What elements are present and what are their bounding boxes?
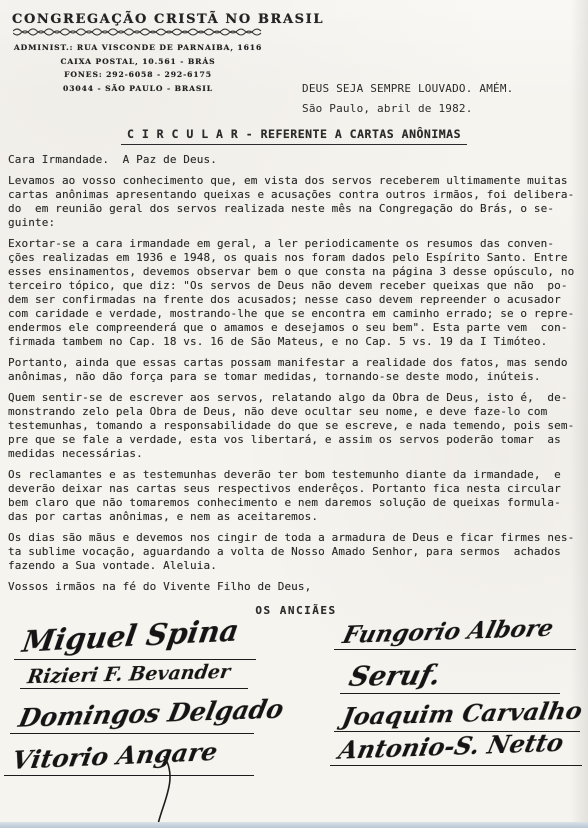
letterhead-city: 03044 - SÃO PAULO - BRASIL (12, 82, 264, 96)
paragraph: Portanto, ainda que essas cartas possam … (8, 356, 584, 384)
signature: Miguel Spina (14, 616, 256, 660)
letterhead-phones: FONES: 292-6058 - 292-6175 (12, 68, 264, 82)
rope-ornament-icon (13, 28, 263, 37)
circular-title-text: C I R C U L A R - REFERENTE A CARTAS ANÔ… (121, 127, 467, 145)
paragraph: Quem sentir-se de escrever aos servos, r… (8, 391, 584, 461)
closing-line: Vossos irmãos na fé do Vivente Filho de … (8, 580, 584, 594)
date-line: São Paulo, abril de 1982. (302, 102, 473, 115)
circular-title: C I R C U L A R - REFERENTE A CARTAS ANÔ… (0, 123, 588, 145)
paragraph: Exortar-se a cara irmandade em geral, a … (8, 237, 584, 349)
paragraph: Os reclamantes e as testemunhas deverão … (8, 468, 584, 524)
paragraph: Os dias são mãus e devemos nos cingir de… (8, 531, 584, 573)
signature: Fungorio Albore (334, 612, 576, 650)
letter-body: Cara Irmandade. A Paz de Deus. Levamos a… (8, 153, 584, 617)
praise-line: DEUS SEJA SEMPRE LOUVADO. AMÉM. (302, 82, 514, 95)
signature: Domingos Delgado (10, 694, 254, 734)
ink-stroke (120, 756, 200, 826)
letterhead: CONGREGAÇÃO CRISTÃ NO BRASIL ADMINIST.: … (12, 12, 264, 95)
signature: Seruf. (340, 652, 560, 694)
letterhead-address: ADMINIST.: RUA VISCONDE DE PARNAIBA, 161… (12, 41, 264, 55)
scanned-letter-page: CONGREGAÇÃO CRISTÃ NO BRASIL ADMINIST.: … (0, 0, 588, 828)
signature: Joaquim Carvalho (334, 698, 580, 732)
paragraph: Levamos ao vosso conhecimento que, em vi… (8, 174, 584, 230)
signature-line (340, 693, 560, 694)
signature: Rizieri F. Bevander (20, 662, 248, 689)
signature-line (10, 733, 254, 734)
organization-name: CONGREGAÇÃO CRISTÃ NO BRASIL (12, 12, 264, 27)
signature: Antonio-S. Netto (330, 734, 582, 766)
signature-line (14, 659, 256, 660)
scan-bottom-edge (0, 822, 588, 828)
signature-line (334, 649, 576, 650)
signature-line (330, 765, 582, 766)
letterhead-po-box: CAIXA POSTAL, 10.561 - BRÁS (12, 55, 264, 69)
greeting: Cara Irmandade. A Paz de Deus. (8, 153, 584, 167)
signature-line (20, 688, 248, 689)
